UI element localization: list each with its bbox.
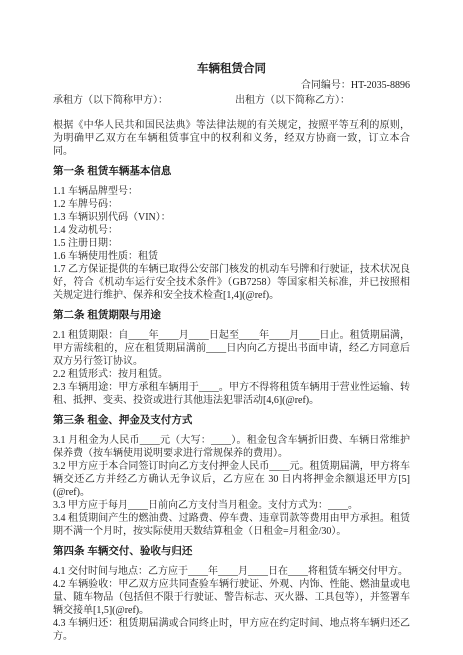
clause-paragraph: 2.1 租赁期限：自____年____月____日起至____年____月___… [53, 329, 410, 368]
preamble-paragraph: 根据《中华人民共和国民法典》等法律法规的有关规定，按照平等互利的原则，为明确甲乙… [53, 119, 410, 158]
document-page: 车辆租赁合同 合同编号：HT-2035-8896 承租方（以下简称甲方）： 出租… [53, 62, 410, 643]
clause-paragraph: 1.2 车牌号码： [53, 198, 410, 211]
clause-paragraph: 1.5 注册日期： [53, 237, 410, 250]
clause-paragraph: 3.3 甲方应于每月____日前向乙方支付当月租金。支付方式为：____。 [53, 499, 410, 512]
clause-paragraph: 2.3 车辆用途：甲方承租车辆用于____。甲方不得将租赁车辆用于营业性运输、转… [53, 381, 410, 407]
clause-paragraph: 3.2 甲方应于本合同签订时向乙方支付押金人民币____元。租赁期届满，甲方将车… [53, 460, 410, 499]
clause-paragraph: 4.1 交付时间与地点：乙方应于____年____月____日在____将租赁车… [53, 565, 410, 578]
clause-paragraph: 3.4 租赁期间产生的燃油费、过路费、停车费、违章罚款等费用由甲方承担。租赁期不… [53, 512, 410, 538]
clause-paragraph: 1.7 乙方保证提供的车辆已取得公安部门核发的机动车号牌和行驶证，技术状况良好，… [53, 263, 410, 302]
section-heading: 第二条 租赁期限与用途 [53, 308, 410, 322]
clause-paragraph: 1.4 发动机号： [53, 224, 410, 237]
section-heading: 第一条 租赁车辆基本信息 [53, 164, 410, 178]
clause-paragraph: 1.3 车辆识别代码（VIN）： [53, 211, 410, 224]
sections-container: 第一条 租赁车辆基本信息1.1 车辆品牌型号：1.2 车牌号码：1.3 车辆识别… [53, 164, 410, 643]
section-heading: 第三条 租金、押金及支付方式 [53, 413, 410, 427]
clause-paragraph: 4.2 车辆验收：甲乙双方应共同查验车辆行驶证、外观、内饰、性能、燃油量或电量、… [53, 578, 410, 617]
contract-number: 合同编号：HT-2035-8896 [53, 79, 410, 92]
party-a-label: 承租方（以下简称甲方）： [53, 94, 235, 107]
clause-paragraph: 3.1 月租金为人民币____元（大写：____）。租金包含车辆折旧费、车辆日常… [53, 434, 410, 460]
party-b-label: 出租方（以下简称乙方）： [235, 94, 350, 107]
clause-paragraph: 1.1 车辆品牌型号： [53, 185, 410, 198]
party-line: 承租方（以下简称甲方）： 出租方（以下简称乙方）： [53, 94, 410, 107]
clause-paragraph: 1.6 车辆使用性质：租赁 [53, 250, 410, 263]
clause-paragraph: 4.3 车辆归还：租赁期届满或合同终止时，甲方应在约定时间、地点将车辆归还乙方。 [53, 617, 410, 643]
section-heading: 第四条 车辆交付、验收与归还 [53, 544, 410, 558]
clause-paragraph: 2.2 租赁形式：按月租赁。 [53, 368, 410, 381]
contract-title: 车辆租赁合同 [53, 62, 410, 76]
